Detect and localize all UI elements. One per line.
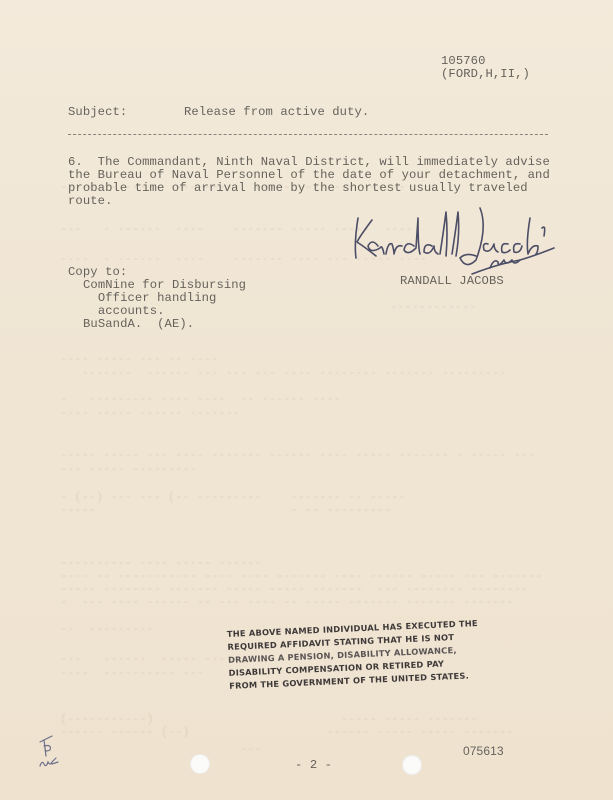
file-name: (FORD,H,II,) xyxy=(441,68,530,81)
document-page: -------- ---- --------- ----- ---- -----… xyxy=(0,0,613,800)
punch-hole xyxy=(190,754,210,774)
subject-text: Release from active duty. xyxy=(184,106,369,119)
subject-label: Subject: xyxy=(68,106,127,119)
affidavit-stamp: The above named individual has executed … xyxy=(227,620,410,693)
document-number: 075613 xyxy=(463,745,504,758)
paragraph-line: probable time of arrival home by the sho… xyxy=(68,182,528,195)
pencil-mark-icon xyxy=(34,732,74,772)
copy-to-line: BuSandA. (AE). xyxy=(83,318,194,331)
paragraph-line: route. xyxy=(68,195,112,208)
signatory-name: RANDALL JACOBS xyxy=(400,275,504,288)
punch-hole xyxy=(402,755,422,775)
handwritten-signature xyxy=(348,198,558,278)
page-number: - 2 - xyxy=(295,759,332,772)
dashed-divider xyxy=(68,134,548,135)
